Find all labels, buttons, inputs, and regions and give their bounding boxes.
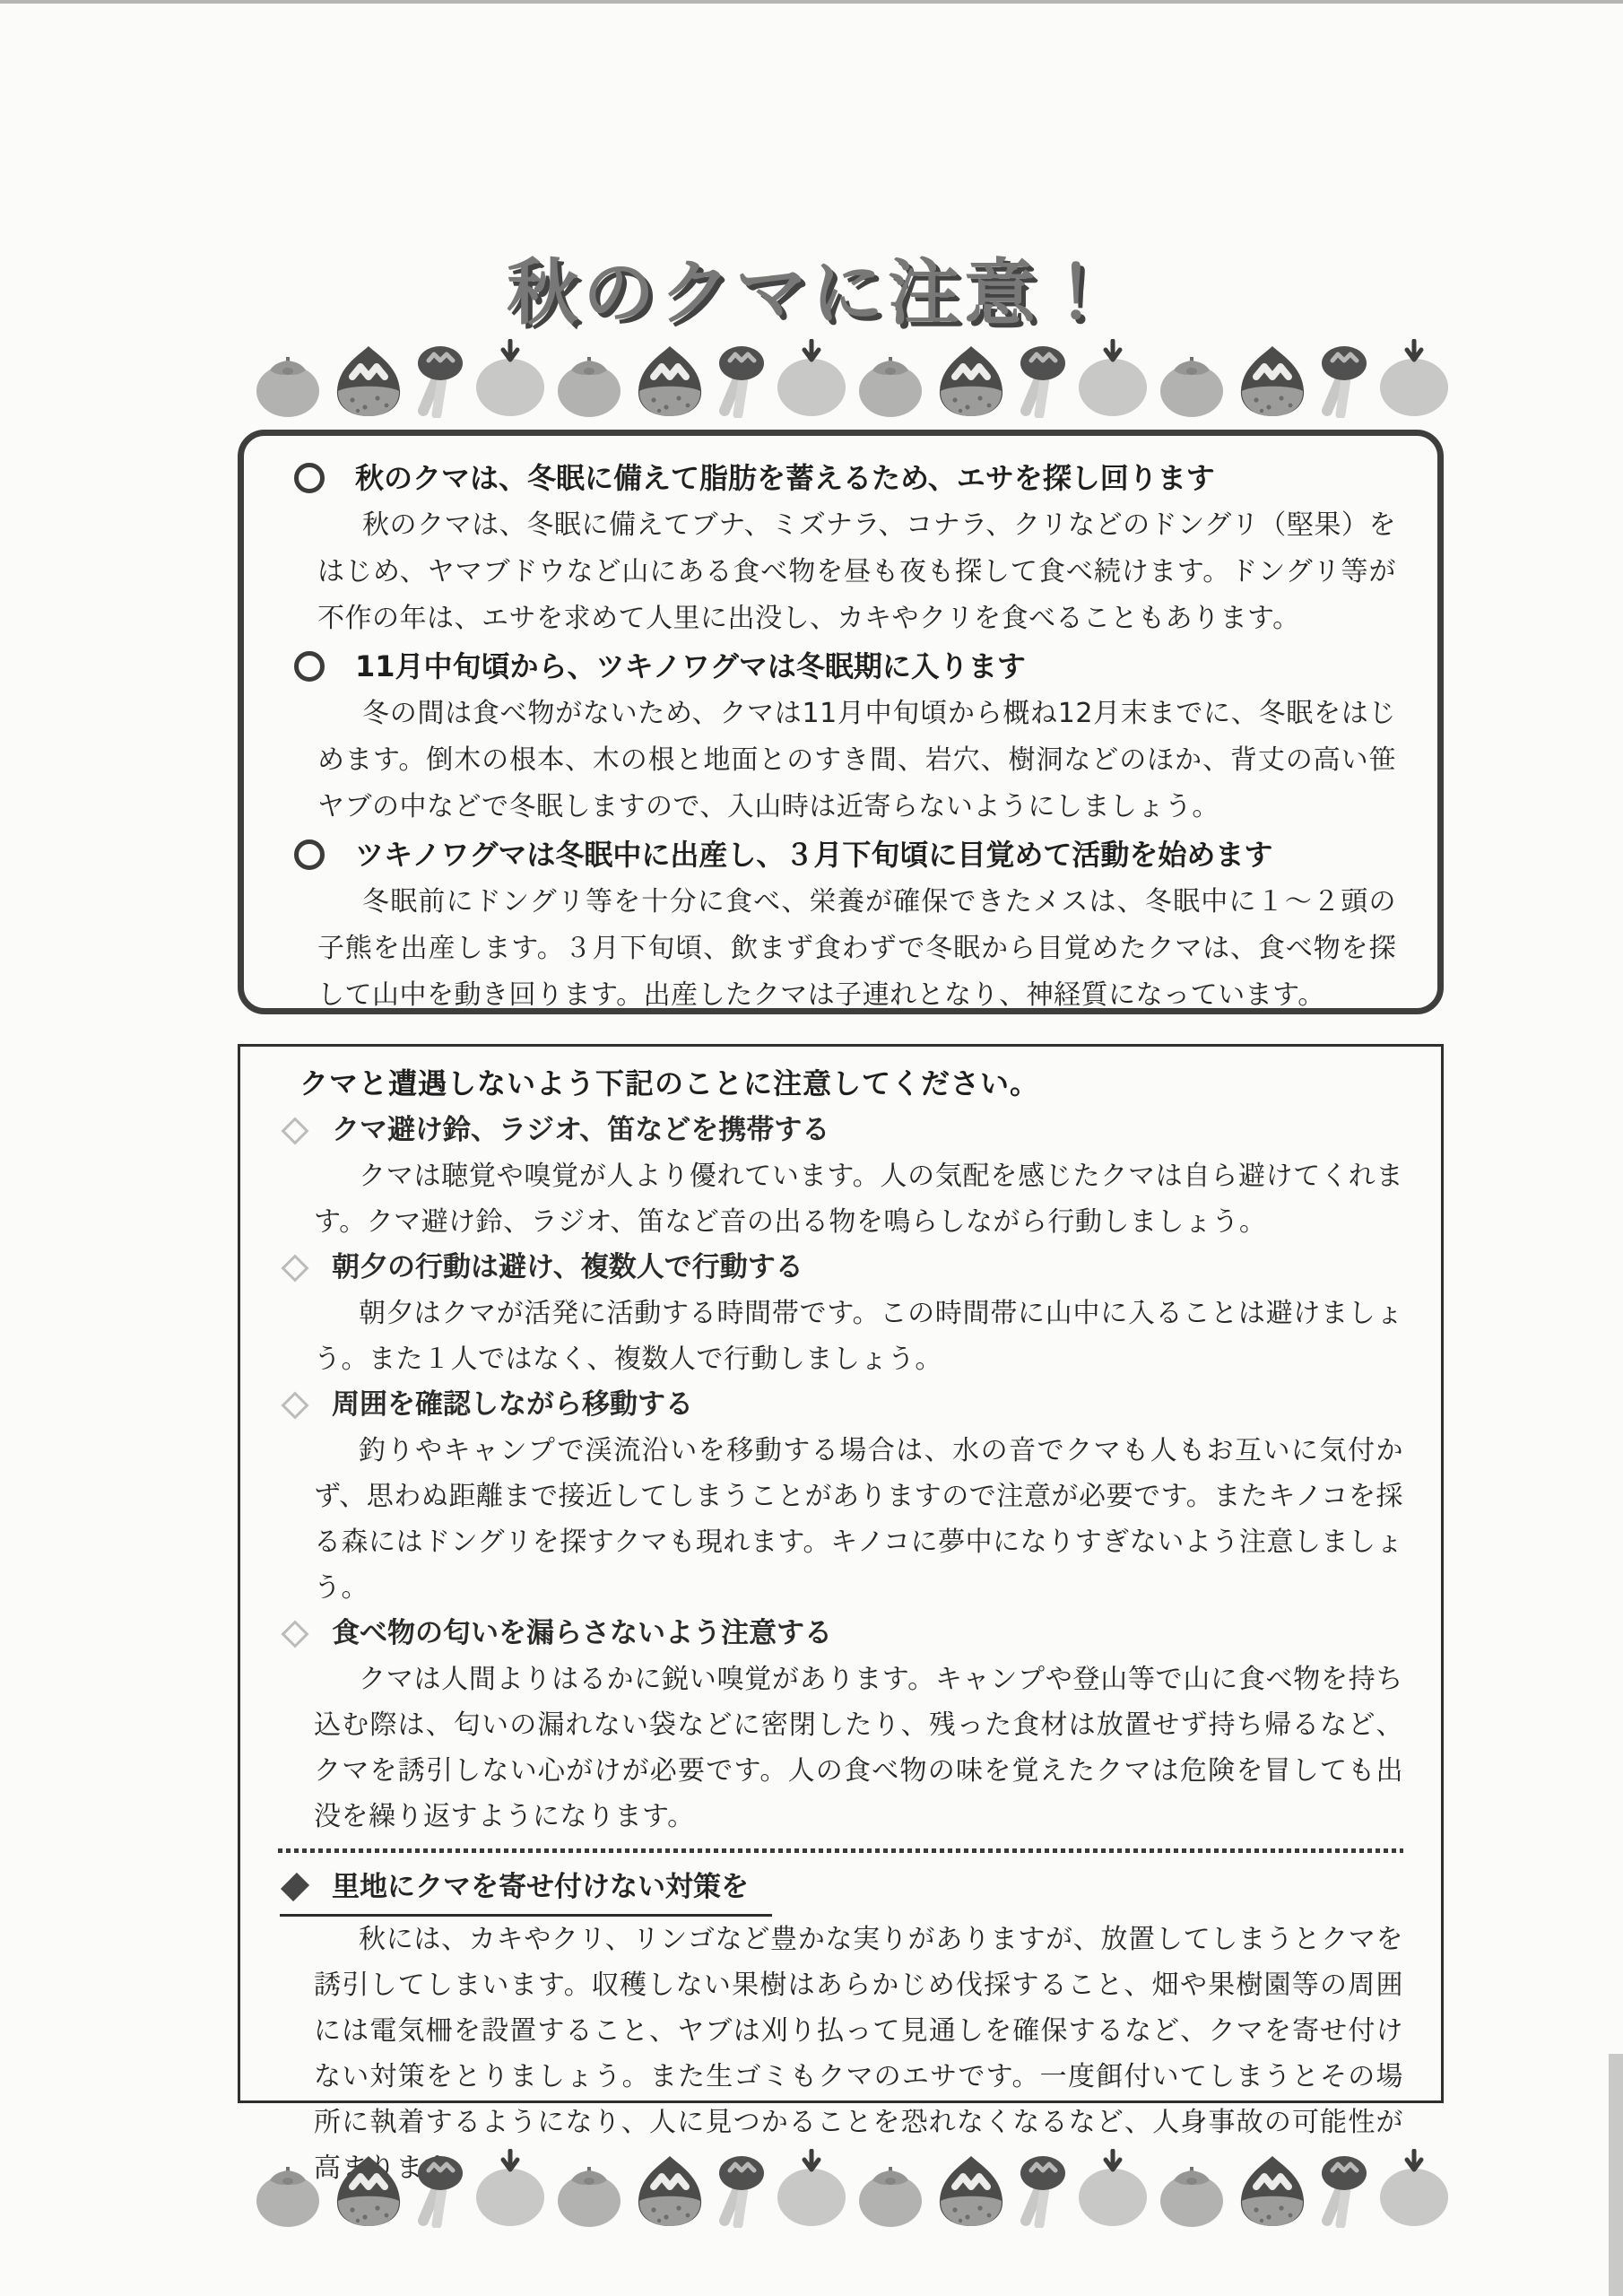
scan-edge-right xyxy=(1609,2054,1623,2296)
precaution-heading-row: クマ避け鈴、ラジオ、笛などを携帯する xyxy=(280,1108,1405,1153)
diamond-filled-icon xyxy=(281,1873,309,1901)
apple-icon xyxy=(776,2149,847,2228)
diamond-outline-icon xyxy=(281,1391,308,1419)
scan-edge-top xyxy=(0,0,1623,4)
apple-icon xyxy=(1077,2149,1149,2228)
precaution-heading: クマ避け鈴、ラジオ、笛などを携帯する xyxy=(332,1108,829,1153)
persimmon-icon xyxy=(254,2163,322,2228)
mushroom-icon xyxy=(1319,2154,1369,2228)
precaution-heading-row: 周囲を確認しながら移動する xyxy=(280,1382,1405,1428)
persimmon-icon xyxy=(1158,353,1226,418)
countermeasures-heading: 里地にクマを寄せ付けない対策を xyxy=(332,1865,749,1909)
precaution-item: 周囲を確認しながら移動する 釣りやキャンプで渓流沿いを移動する場合は、水の音でク… xyxy=(276,1382,1405,1611)
facts-section-heading: 秋のクマは、冬眠に備えて脂肪を蓄えるため、エサを探し回ります xyxy=(355,454,1215,502)
persimmon-icon xyxy=(254,353,322,418)
precaution-body: クマは聴覚や嗅覚が人より優れています。人の気配を感じたクマは自ら避けてくれます。… xyxy=(314,1153,1403,1245)
precaution-heading: 食べ物の匂いを漏らさないよう注意する xyxy=(332,1611,832,1657)
diamond-outline-icon xyxy=(281,1117,308,1144)
mushroom-icon xyxy=(716,2154,767,2228)
diamond-outline-icon xyxy=(281,1620,308,1648)
mushroom-icon xyxy=(1319,344,1369,418)
facts-section: ツキノワグマは冬眠中に出産し、３月下旬頃に目覚めて活動を始めます 冬眠前にドング… xyxy=(282,831,1398,1019)
precaution-body: 釣りやキャンプで渓流沿いを移動する場合は、水の音でクマも人もお互いに気付かず、思… xyxy=(314,1428,1403,1611)
precaution-heading-row: 朝夕の行動は避け、複数人で行動する xyxy=(280,1245,1405,1291)
precaution-item: 朝夕の行動は避け、複数人で行動する 朝夕はクマが活発に活動する時間帯です。この時… xyxy=(276,1245,1405,1382)
mushroom-icon xyxy=(415,2154,465,2228)
persimmon-icon xyxy=(555,2163,623,2228)
precaution-body: クマは人間よりはるかに鋭い嗅覚があります。キャンプや登山等で山に食べ物を持ち込む… xyxy=(314,1657,1403,1839)
precaution-item: 食べ物の匂いを漏らさないよう注意する クマは人間よりはるかに鋭い嗅覚があります。… xyxy=(276,1611,1405,1839)
dotted-separator xyxy=(278,1848,1403,1853)
chestnut-icon xyxy=(331,2154,406,2228)
apple-icon xyxy=(776,339,847,418)
precautions-title: クマと遭遇しないよう下記のことに注意してください。 xyxy=(299,1059,1405,1108)
countermeasures-section: 里地にクマを寄せ付けない対策を 秋には、カキやクリ、リンゴなど豊かな実りがありま… xyxy=(276,1865,1405,2191)
fruit-border-top xyxy=(254,341,1450,418)
mushroom-icon xyxy=(1018,2154,1068,2228)
chestnut-icon xyxy=(632,2154,707,2228)
facts-section-heading-row: ツキノワグマは冬眠中に出産し、３月下旬頃に目覚めて活動を始めます xyxy=(294,831,1398,879)
precaution-item: クマ避け鈴、ラジオ、笛などを携帯する クマは聴覚や嗅覚が人より優れています。人の… xyxy=(276,1108,1405,1245)
facts-section-heading: ツキノワグマは冬眠中に出産し、３月下旬頃に目覚めて活動を始めます xyxy=(355,831,1272,879)
mushroom-icon xyxy=(1018,344,1068,418)
chestnut-icon xyxy=(331,344,406,418)
persimmon-icon xyxy=(555,353,623,418)
chestnut-icon xyxy=(933,344,1009,418)
countermeasures-heading-row: 里地にクマを寄せ付けない対策を xyxy=(280,1865,772,1917)
apple-icon xyxy=(474,2149,546,2228)
chestnut-icon xyxy=(1235,2154,1310,2228)
facts-section: 11月中旬頃から、ツキノワグマは冬眠期に入ります 冬の間は食べ物がないため、クマ… xyxy=(282,642,1398,831)
facts-section-heading-row: 11月中旬頃から、ツキノワグマは冬眠期に入ります xyxy=(294,642,1398,691)
facts-section-body: 冬の間は食べ物がないため、クマは11月中旬頃から概ね12月末までに、冬眠をはじめ… xyxy=(317,691,1396,831)
flyer-page: 秋のクマに注意！ 秋のクマは、冬眠に備えて脂肪を蓄えるため、エサを探し回ります … xyxy=(0,0,1623,2296)
mushroom-icon xyxy=(415,344,465,418)
facts-section-body: 秋のクマは、冬眠に備えてブナ、ミズナラ、コナラ、クリなどのドングリ（堅果）をはじ… xyxy=(317,502,1396,642)
chestnut-icon xyxy=(1235,344,1310,418)
facts-section-heading: 11月中旬頃から、ツキノワグマは冬眠期に入ります xyxy=(355,642,1026,691)
circle-bullet-icon xyxy=(294,839,325,870)
apple-icon xyxy=(1378,2149,1450,2228)
mushroom-icon xyxy=(716,344,767,418)
apple-icon xyxy=(1077,339,1149,418)
persimmon-icon xyxy=(1158,2163,1226,2228)
circle-bullet-icon xyxy=(294,651,325,682)
precautions-box: クマと遭遇しないよう下記のことに注意してください。 クマ避け鈴、ラジオ、笛などを… xyxy=(238,1044,1444,2103)
apple-icon xyxy=(1378,339,1450,418)
facts-section: 秋のクマは、冬眠に備えて脂肪を蓄えるため、エサを探し回ります 秋のクマは、冬眠に… xyxy=(282,454,1398,642)
apple-icon xyxy=(474,339,546,418)
fruit-border-bottom xyxy=(254,2151,1450,2228)
persimmon-icon xyxy=(856,353,924,418)
precaution-heading: 周囲を確認しながら移動する xyxy=(332,1382,693,1428)
chestnut-icon xyxy=(933,2154,1009,2228)
page-title: 秋のクマに注意！ xyxy=(0,235,1623,338)
precaution-body: 朝夕はクマが活発に活動する時間帯です。この時間帯に山中に入ることは避けましょう。… xyxy=(314,1291,1403,1382)
persimmon-icon xyxy=(856,2163,924,2228)
diamond-outline-icon xyxy=(281,1254,308,1282)
circle-bullet-icon xyxy=(294,463,325,493)
facts-section-heading-row: 秋のクマは、冬眠に備えて脂肪を蓄えるため、エサを探し回ります xyxy=(294,454,1398,502)
chestnut-icon xyxy=(632,344,707,418)
facts-section-body: 冬眠前にドングリ等を十分に食べ、栄養が確保できたメスは、冬眠中に１～２頭の子熊を… xyxy=(317,879,1396,1019)
precaution-heading: 朝夕の行動は避け、複数人で行動する xyxy=(332,1245,803,1291)
bear-facts-box: 秋のクマは、冬眠に備えて脂肪を蓄えるため、エサを探し回ります 秋のクマは、冬眠に… xyxy=(238,430,1444,1014)
precaution-heading-row: 食べ物の匂いを漏らさないよう注意する xyxy=(280,1611,1405,1657)
